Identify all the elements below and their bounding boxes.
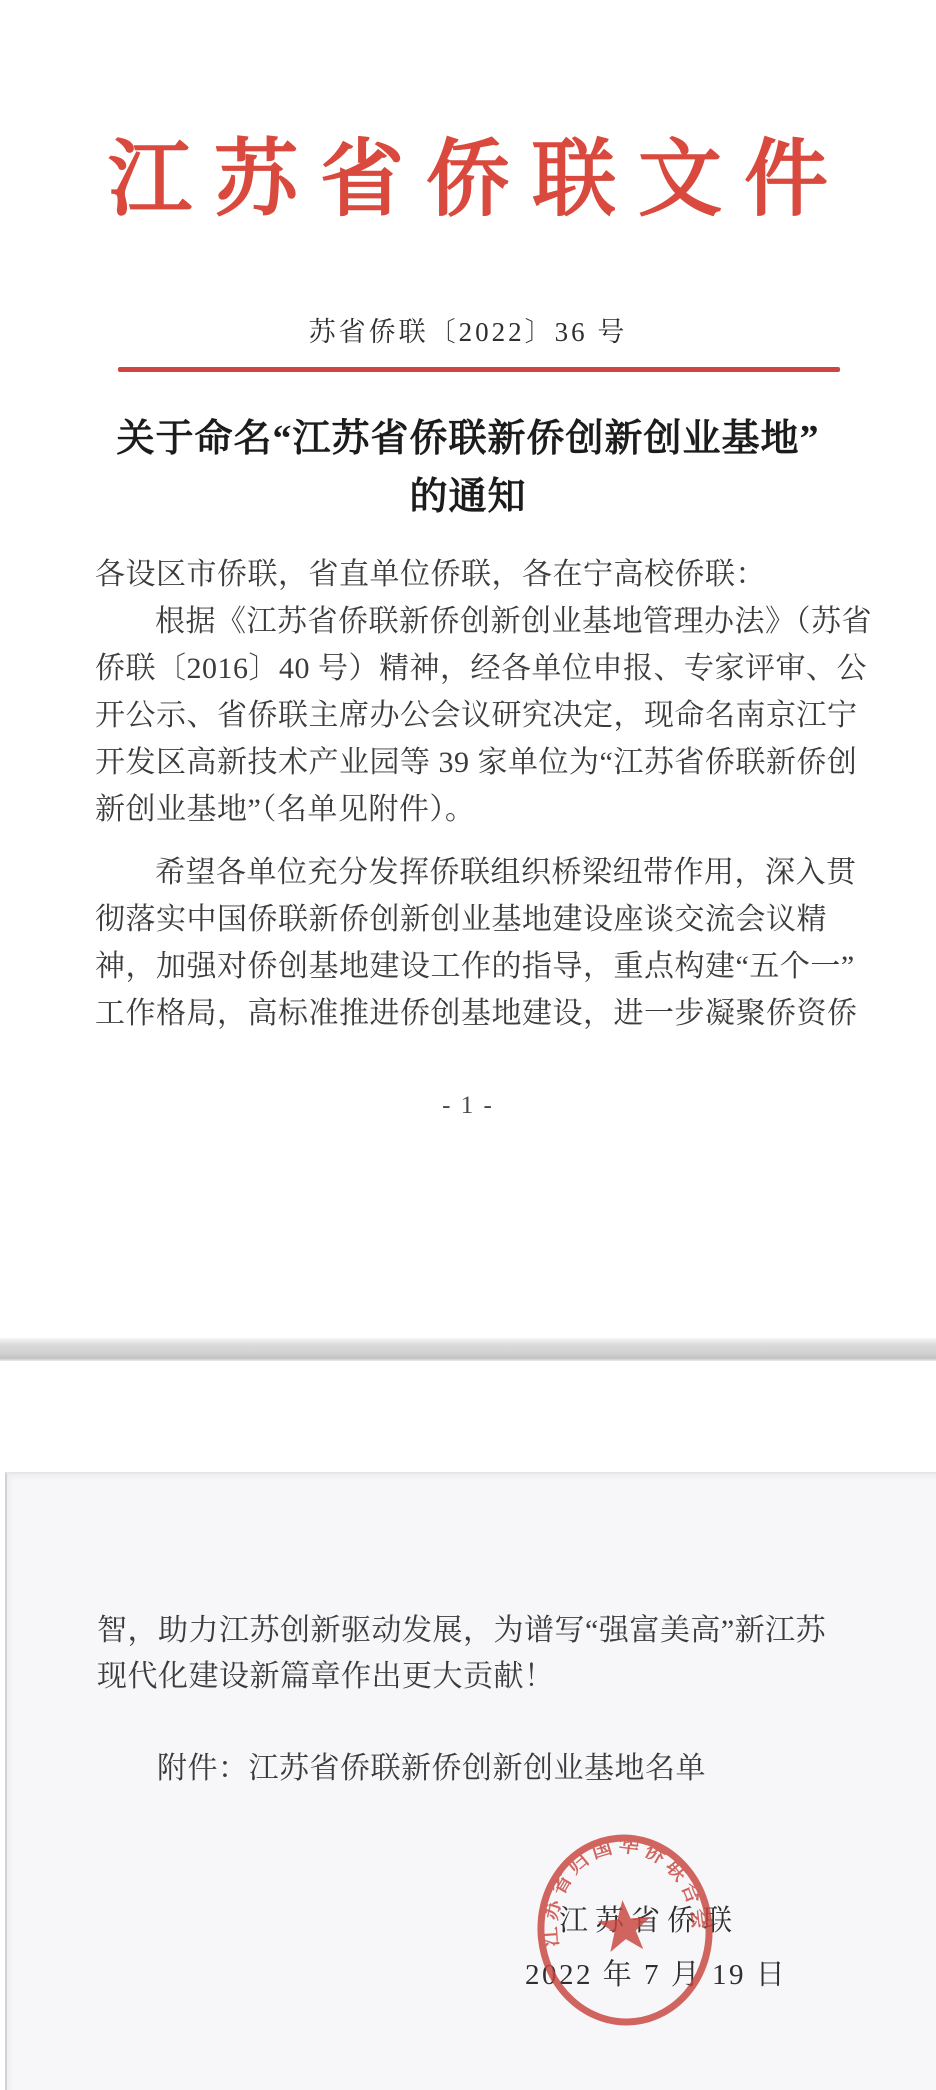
body-line: 神，加强对侨创基地建设工作的指导，重点构建“五个一” bbox=[95, 943, 845, 990]
official-seal-stamp: 江苏省归国华侨联合会 bbox=[527, 1825, 723, 2036]
body-paragraphs-page1: 各设区市侨联，省直单位侨联，各在宁高校侨联： 根据《江苏省侨联新侨创新创业基地管… bbox=[95, 551, 845, 1037]
body-line: 智，助力江苏创新驱动发展，为谱写“强富美高”新江苏 bbox=[97, 1608, 847, 1654]
document-viewer: 江苏省侨联文件 苏省侨联〔2022〕36 号 关于命名“江苏省侨联新侨创新创业基… bbox=[0, 0, 936, 2090]
red-divider-line bbox=[118, 367, 840, 372]
scanned-page-2: 智，助力江苏创新驱动发展，为谱写“强富美高”新江苏 现代化建设新篇章作出更大贡献… bbox=[5, 1472, 936, 2090]
body-line: 希望各单位充分发挥侨联组织桥梁纽带作用，深入贯 bbox=[95, 849, 845, 896]
body-line: 彻落实中国侨联新侨创新创业基地建设座谈交流会议精 bbox=[95, 896, 845, 943]
notice-title-line1: 关于命名“江苏省侨联新侨创新创业基地” bbox=[60, 410, 876, 468]
attachment-line: 附件：江苏省侨联新侨创新创业基地名单 bbox=[97, 1746, 847, 1792]
letterhead-title: 江苏省侨联文件 bbox=[0, 112, 936, 233]
body-line: 开公示、省侨联主席办公会议研究决定，现命名南京江宁 bbox=[95, 692, 845, 739]
notice-title: 关于命名“江苏省侨联新侨创新创业基地” 的通知 bbox=[60, 410, 876, 526]
body-line: 开发区高新技术产业园等 39 家单位为“江苏省侨联新侨创 bbox=[95, 739, 845, 786]
notice-title-line2: 的通知 bbox=[60, 468, 876, 526]
page-number: - 1 - bbox=[0, 1092, 936, 1120]
body-line: 根据《江苏省侨联新侨创新创业基地管理办法》（苏省 bbox=[95, 598, 845, 645]
body-line: 各设区市侨联，省直单位侨联，各在宁高校侨联： bbox=[95, 551, 845, 598]
document-number: 苏省侨联〔2022〕36 号 bbox=[0, 310, 936, 349]
body-line: 侨联〔2016〕40 号）精神，经各单位申报、专家评审、公 bbox=[95, 645, 845, 692]
star-icon bbox=[596, 1898, 653, 1953]
page-separator-bar bbox=[0, 1338, 936, 1361]
body-line: 工作格局，高标准推进侨创基地建设，进一步凝聚侨资侨 bbox=[95, 990, 845, 1037]
body-line: 新创业基地”（名单见附件）。 bbox=[95, 786, 845, 833]
scanned-page-1: 江苏省侨联文件 苏省侨联〔2022〕36 号 关于命名“江苏省侨联新侨创新创业基… bbox=[0, 0, 936, 1338]
body-paragraphs-page2: 智，助力江苏创新驱动发展，为谱写“强富美高”新江苏 现代化建设新篇章作出更大贡献… bbox=[97, 1608, 847, 1792]
body-line: 现代化建设新篇章作出更大贡献！ bbox=[97, 1654, 847, 1700]
